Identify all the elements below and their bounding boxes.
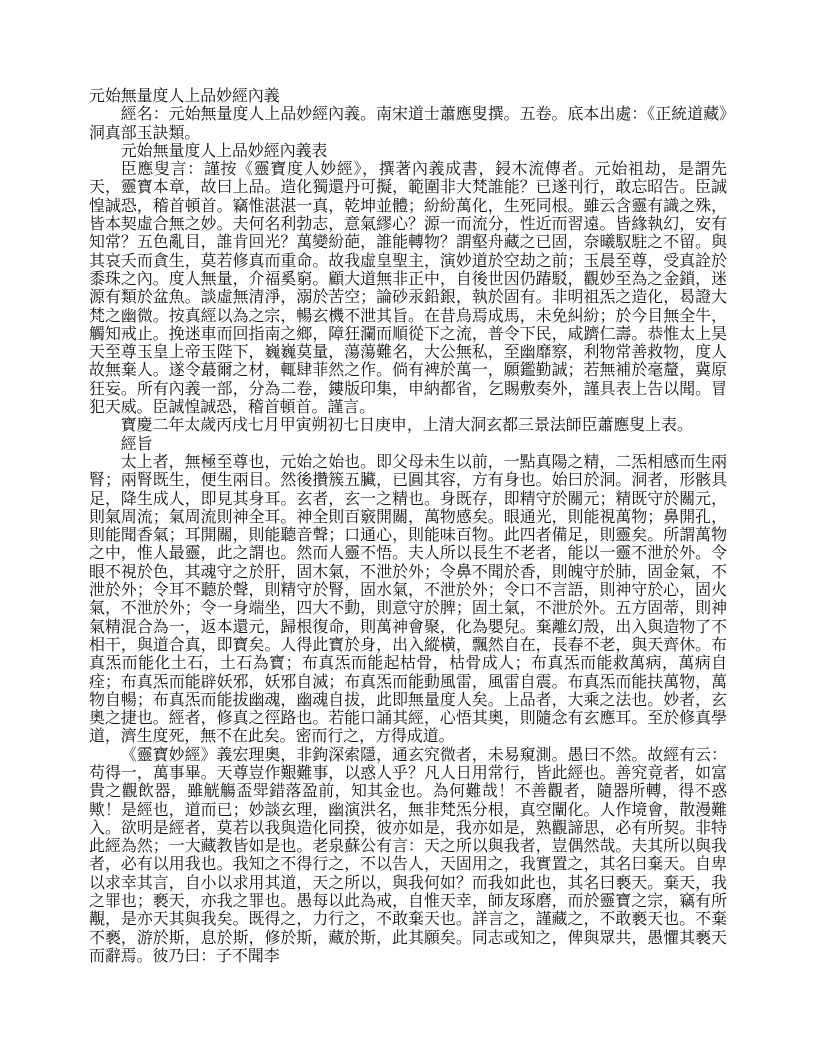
section-heading-jingzhi: 經旨 [89, 436, 727, 454]
lingbao-paragraph: 《靈寶妙經》義宏理奧，非鉤深索隱，通玄究微者，未易窺測。愚曰不然。故經有云：苟得… [89, 747, 727, 967]
document-content: 元始無量度人上品妙經內義 經名：元始無量度人上品妙經內義。南宋道士蕭應叟撰。五卷… [89, 88, 727, 966]
title-line: 元始無量度人上品妙經內義 [89, 88, 727, 106]
colophon-paragraph: 經名：元始無量度人上品妙經內義。南宋道士蕭應叟撰。五卷。底本出處：《正統道藏》洞… [89, 106, 727, 143]
jingzhi-paragraph: 太上者，無極至尊也，元始之始也。即父母未生以前，一點真陽之精，二炁相感而生兩腎；… [89, 454, 727, 747]
date-line: 寶慶二年太歲丙戌七月甲寅朔初七日庚申，上清大洞玄都三景法師臣蕭應叟上表。 [89, 417, 727, 435]
document-page: 元始無量度人上品妙經內義 經名：元始無量度人上品妙經內義。南宋道士蕭應叟撰。五卷… [0, 0, 816, 1056]
memorial-title-line: 元始無量度人上品妙經內義表 [89, 143, 727, 161]
memorial-paragraph: 臣應叟言：謹按《靈寶度人妙經》，撰著內義成書，鋟木流傳者。元始祖劫，是謂先天，靈… [89, 161, 727, 417]
